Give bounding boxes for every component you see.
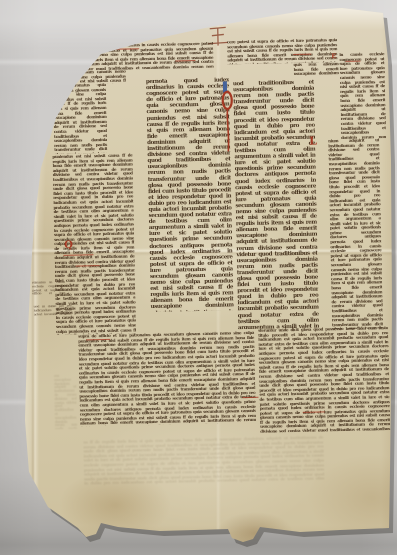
top-gloss-right-tail: quis rem alienam bona fide emerit usucap…: [293, 62, 338, 76]
right-gloss-upper: in causis ecclesie cognoscere potest ut …: [339, 52, 386, 139]
show-through-text: sa ff de regulis iuris item si quis rem …: [83, 435, 324, 486]
main-text-column-2: uod traditionibus et usucapionibus domin…: [233, 80, 319, 330]
manuscript-photo: pernota quod iudex ordinarius in causis …: [0, 0, 397, 555]
top-gloss-right: cere potest ut supra de officio et iure …: [227, 38, 337, 64]
red-initial-Q: Q: [64, 241, 73, 251]
bottom-gloss-right: sferuntur unde dicit glosa quod possessi…: [258, 326, 390, 433]
red-initial-E: E: [331, 53, 336, 60]
show-through-text: erit usucapione dominium adquirit ut ins…: [54, 375, 77, 429]
right-gloss-lower: nium adquirit ut institutionum de rerum …: [328, 138, 383, 329]
marginal-note: uod in dubio pro reo iudicandum est quia…: [33, 305, 71, 316]
marginal-note: rdinarius in causis ecclesie cognoscere …: [32, 281, 65, 296]
red-initial-P-flourish: [219, 89, 236, 155]
bottom-gloss-left: supra de officio et iure patronatus quia…: [78, 331, 256, 427]
rubric-underline: [242, 397, 258, 398]
red-initial-L: L: [309, 136, 317, 147]
